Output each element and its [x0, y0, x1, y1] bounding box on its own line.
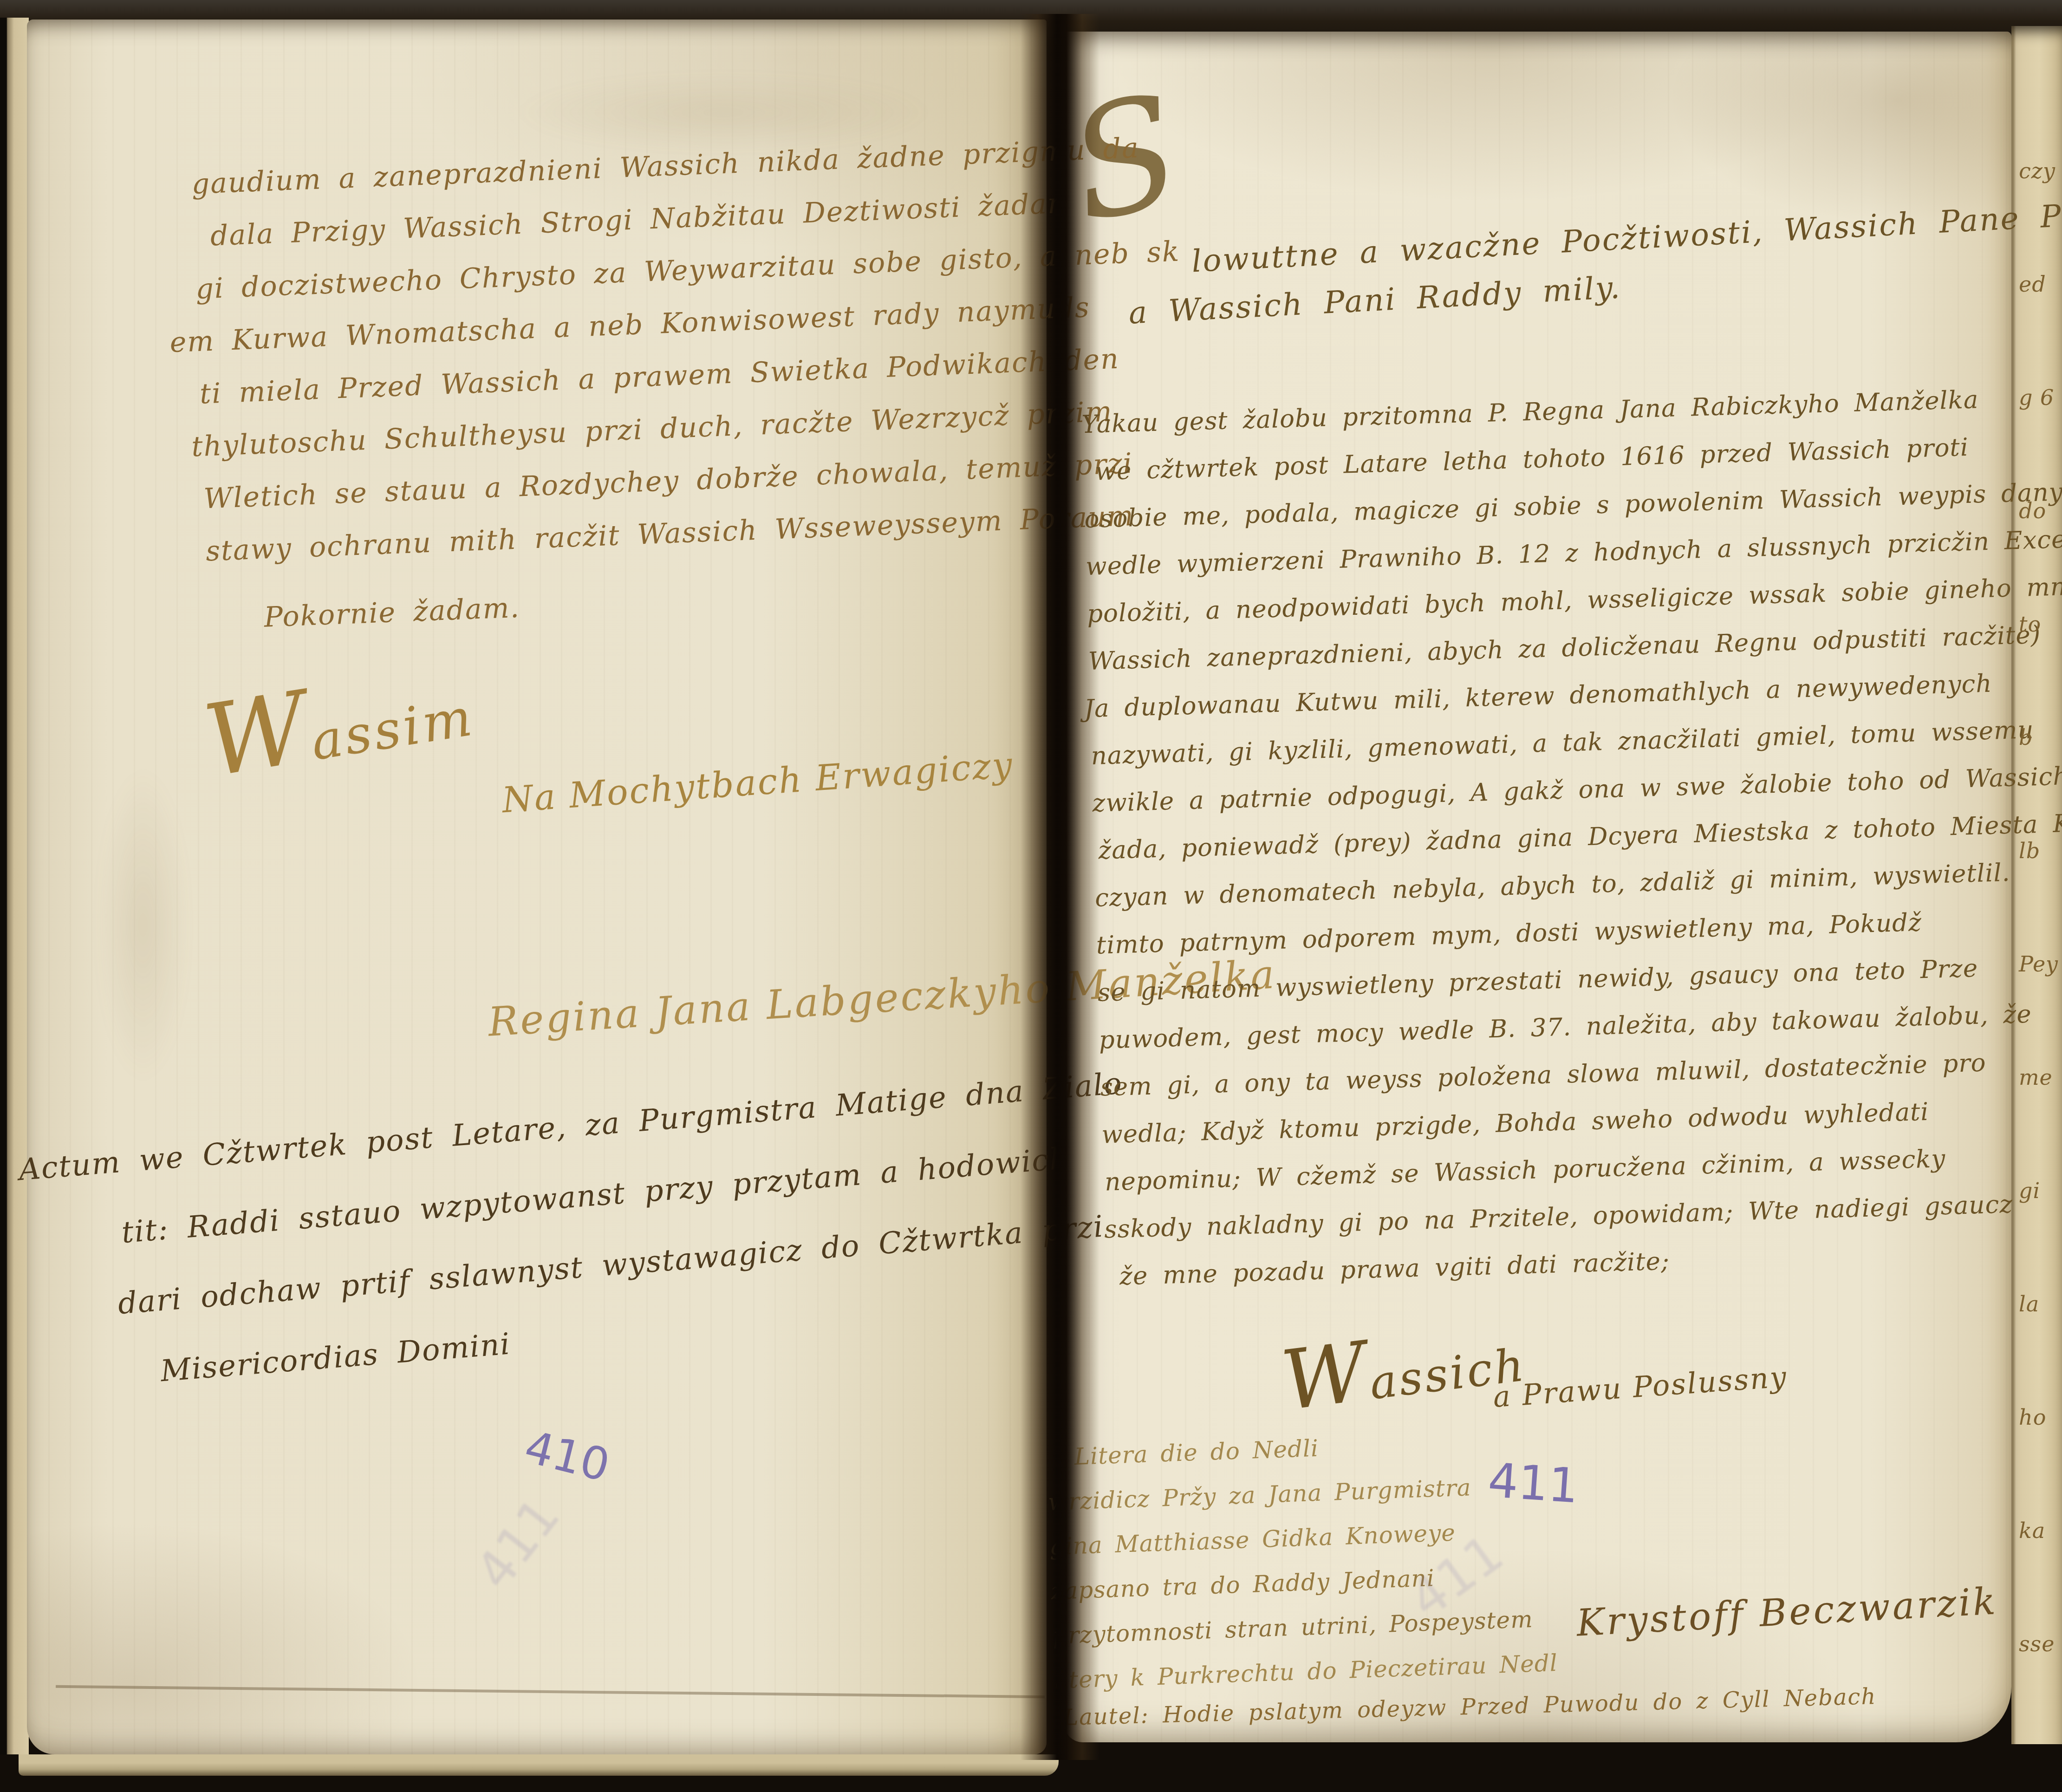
manuscript-line: g 6	[2019, 341, 2058, 454]
manuscript-line: me	[2019, 1021, 2058, 1134]
left-fore-edge	[0, 18, 29, 1754]
manuscript-line: czy	[2019, 114, 2058, 228]
manuscript-scan: gaudium a zaneprazdnieni Wassich nikda ž…	[0, 0, 2062, 1792]
manuscript-line: ed	[2019, 228, 2058, 341]
right-page-body-text: Yakau gest žalobu przitomna P. Regna Jan…	[1081, 372, 2062, 1301]
book-gutter-shadow	[1021, 14, 1099, 1760]
manuscript-line: lb	[2019, 794, 2058, 907]
paper-stain	[83, 716, 203, 1134]
right-fore-edge: czyedg 6dotoblbPeymegilahokasse	[2011, 26, 2062, 1744]
manuscript-line: to	[2019, 567, 2058, 681]
manuscript-line: do	[2019, 454, 2058, 567]
manuscript-line: ka	[2019, 1474, 2058, 1587]
folio-number-411: 411	[1486, 1453, 1581, 1514]
manuscript-line: b	[2019, 681, 2058, 794]
manuscript-line: la	[2019, 1247, 2058, 1361]
manuscript-line: ho	[2019, 1361, 2058, 1474]
manuscript-line: gi	[2019, 1134, 2058, 1247]
next-page-text-fragments: czyedg 6dotoblbPeymegilahokasse	[2019, 114, 2058, 1701]
bottom-page-edges	[19, 1754, 1059, 1776]
manuscript-line: Pey	[2019, 907, 2058, 1021]
manuscript-line: sse	[2019, 1587, 2058, 1701]
